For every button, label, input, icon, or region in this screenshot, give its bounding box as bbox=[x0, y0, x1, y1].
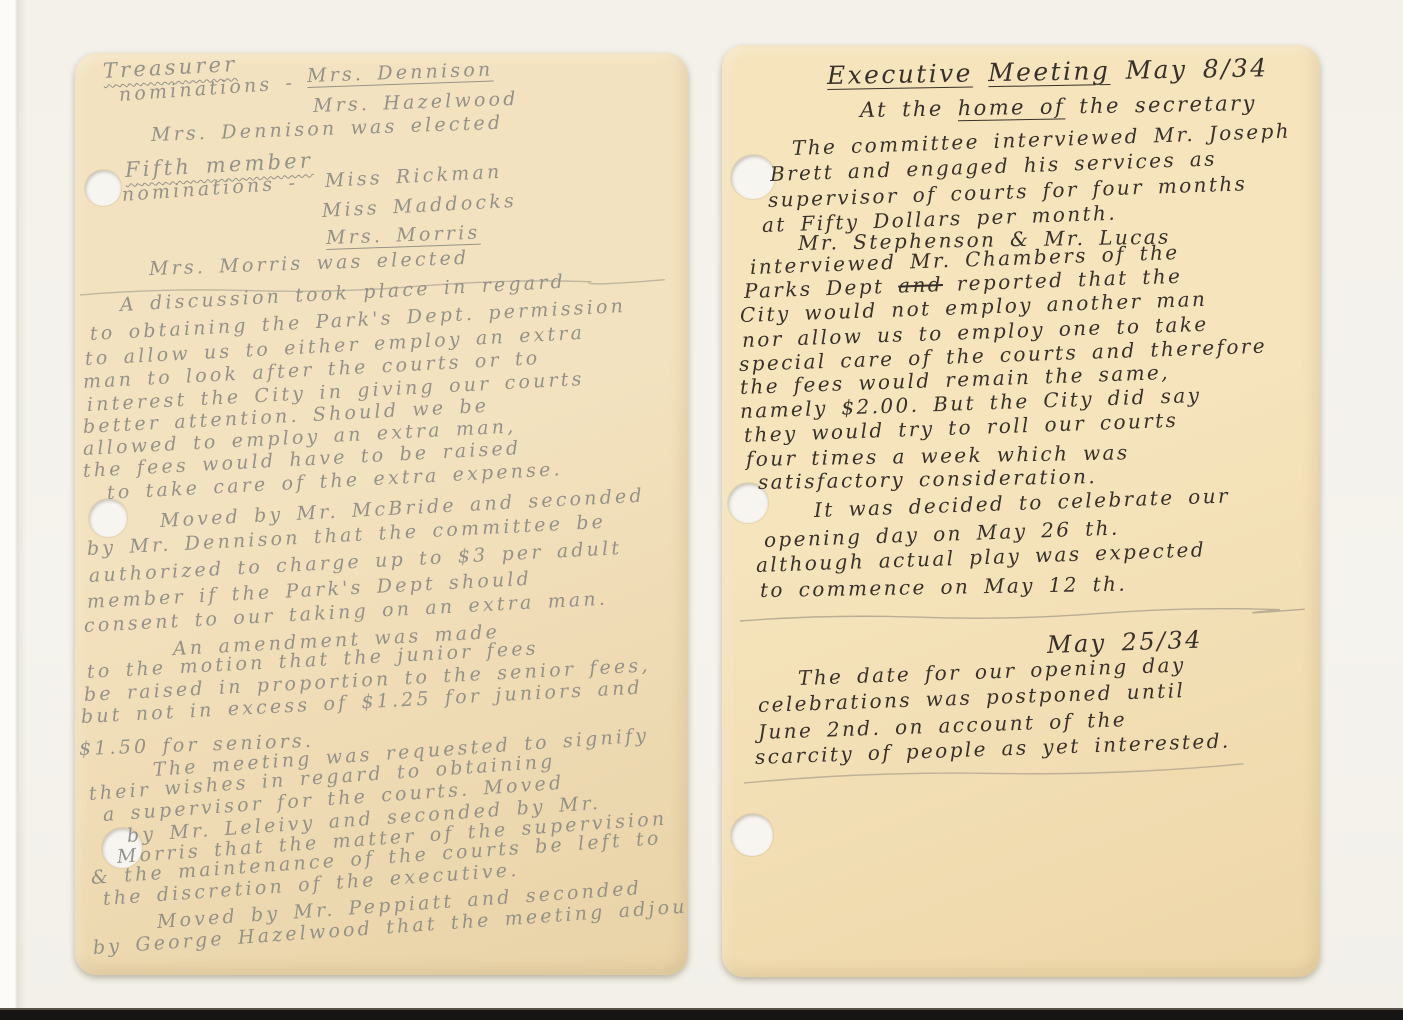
handwriting-line: Executive Meeting May 8/34 bbox=[827, 55, 1269, 88]
punch-hole bbox=[731, 814, 773, 856]
handwriting-text: the secretary bbox=[1065, 91, 1257, 118]
scanner-edge-bar bbox=[0, 1008, 1403, 1020]
handwriting-text: Mrs. Dennison was elected bbox=[151, 112, 504, 146]
handwriting-text: Mrs. Morris was elected bbox=[149, 247, 470, 280]
handwriting-text bbox=[973, 58, 989, 87]
handwriting-line: Miss Rickman bbox=[325, 163, 503, 191]
scan-surface: { "document_type": "Scanned handwritten … bbox=[0, 0, 1403, 1020]
handwriting-line: to commence on May 12 th. bbox=[760, 574, 1127, 600]
handwriting-text: May 8/34 bbox=[1110, 53, 1269, 85]
handwriting-text: At the bbox=[860, 96, 958, 122]
handwriting-line: Mrs. Dennison bbox=[307, 60, 494, 85]
hand-drawn-wavy-rule bbox=[740, 603, 1305, 629]
punch-hole bbox=[89, 499, 127, 537]
handwriting-line: Mrs. Morris bbox=[326, 224, 481, 248]
handwriting-text: Executive bbox=[827, 58, 973, 90]
handwriting-text: home of bbox=[958, 94, 1066, 120]
handwriting-text: Mrs. Dennison bbox=[307, 59, 494, 87]
handwriting-line: At the home of the secretary bbox=[860, 93, 1257, 121]
handwriting-text: to commence on May 12 th. bbox=[760, 572, 1128, 602]
handwriting-text: Miss Maddocks bbox=[321, 190, 517, 222]
handwriting-text: Mrs. Morris bbox=[326, 222, 481, 249]
punch-hole bbox=[85, 170, 121, 206]
handwriting-text: Miss Rickman bbox=[324, 161, 503, 192]
handwriting-text: Meeting bbox=[988, 56, 1111, 87]
handwriting-line: satisfactory consideration. bbox=[758, 466, 1097, 492]
handwriting-line: Miss Maddocks bbox=[322, 192, 518, 221]
handwriting-line: Mrs. Morris was elected bbox=[149, 249, 470, 279]
handwriting-line: Mrs. Dennison was elected bbox=[151, 114, 504, 145]
handwriting-text: and bbox=[898, 272, 944, 298]
page-right: Executive Meeting May 8/34At the home of… bbox=[722, 45, 1320, 977]
page-left: Treasurernominations -Mrs. DennisonMrs. … bbox=[75, 53, 688, 975]
